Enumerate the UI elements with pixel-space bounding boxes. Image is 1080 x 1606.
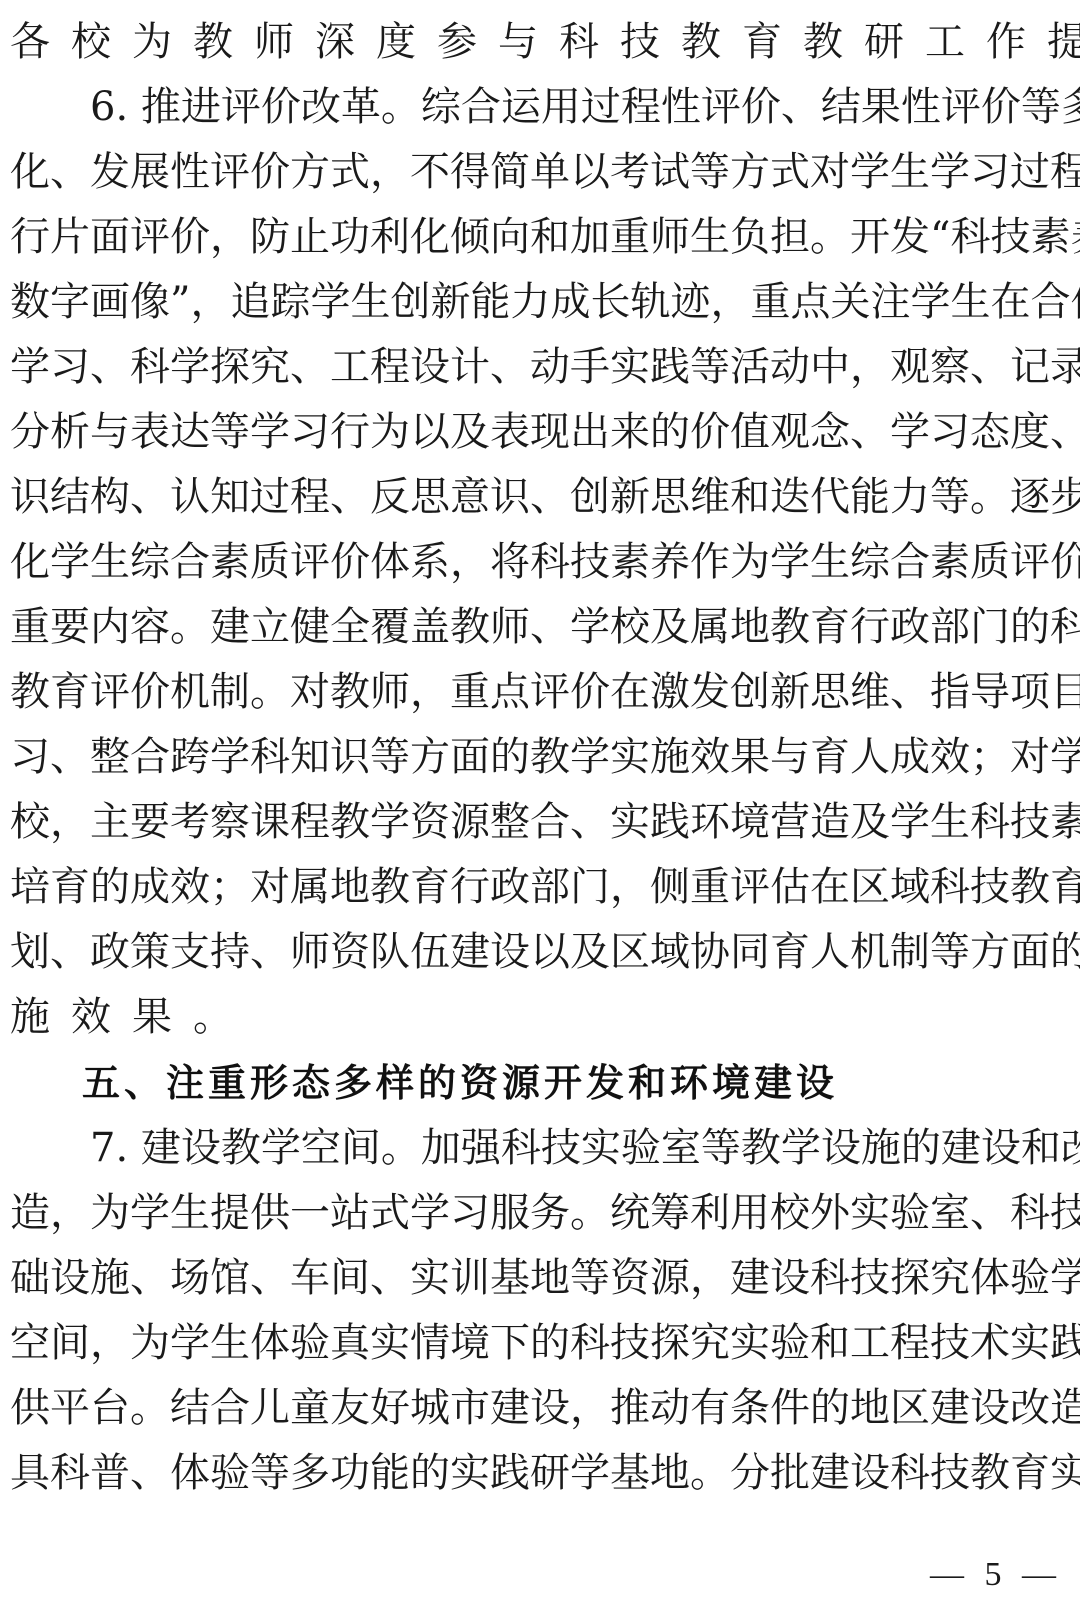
text-line: 具科普、体验等多功能的实践研学基地。分批建设科技教育实验 [10, 1443, 1050, 1503]
text-line: 造，为学生提供一站式学习服务。统筹利用校外实验室、科技基 [10, 1183, 1050, 1243]
section-heading: 五、注重形态多样的资源开发和环境建设 [82, 1053, 838, 1113]
text-line: 识结构、认知过程、反思意识、创新思维和迭代能力等。逐步优 [10, 467, 1050, 527]
text-line: 重要内容。建立健全覆盖教师、学校及属地教育行政部门的科技 [10, 597, 1050, 657]
text-line: 教育评价机制。对教师，重点评价在激发创新思维、指导项目学 [10, 662, 1050, 722]
text-line: 培育的成效；对属地教育行政部门，侧重评估在区域科技教育规 [10, 857, 1050, 917]
text-line: 数字画像”，追踪学生创新能力成长轨迹，重点关注学生在合作 [10, 272, 1050, 332]
text-line: 划、政策支持、师资队伍建设以及区域协同育人机制等方面的实 [10, 922, 1050, 982]
text-line: 供平台。结合儿童友好城市建设，推动有条件的地区建设改造兼 [10, 1378, 1050, 1438]
text-line: 习、整合跨学科知识等方面的教学实施效果与育人成效；对学 [10, 727, 1050, 787]
item-6-title-line: 6. 推进评价改革。综合运用过程性评价、结果性评价等多元 [90, 77, 1050, 137]
page-number: — 5 — [930, 1550, 1062, 1600]
text-line: 础设施、场馆、车间、实训基地等资源，建设科技探究体验学习 [10, 1248, 1050, 1308]
text-line: 各校为教师深度参与科技教育教研工作提供平台和资金支持。 [10, 12, 1050, 72]
document-page: 各校为教师深度参与科技教育教研工作提供平台和资金支持。 6. 推进评价改革。综合… [0, 0, 1080, 1606]
text-line: 空间，为学生体验真实情境下的科技探究实验和工程技术实践提 [10, 1313, 1050, 1373]
text-line: 校，主要考察课程教学资源整合、实践环境营造及学生科技素养 [10, 792, 1050, 852]
item-7-title-line: 7. 建设教学空间。加强科技实验室等教学设施的建设和改 [90, 1118, 1050, 1178]
text-line: 学习、科学探究、工程设计、动手实践等活动中，观察、记录、 [10, 337, 1050, 397]
text-line: 化学生综合素质评价体系，将科技素养作为学生综合素质评价的 [10, 532, 1050, 592]
text-line: 分析与表达等学习行为以及表现出来的价值观念、学习态度、知 [10, 402, 1050, 462]
text-line: 行片面评价，防止功利化倾向和加重师生负担。开发“科技素养 [10, 207, 1050, 267]
text-line: 施效果。 [10, 987, 1050, 1047]
text-line: 化、发展性评价方式，不得简单以考试等方式对学生学习过程进 [10, 142, 1050, 202]
